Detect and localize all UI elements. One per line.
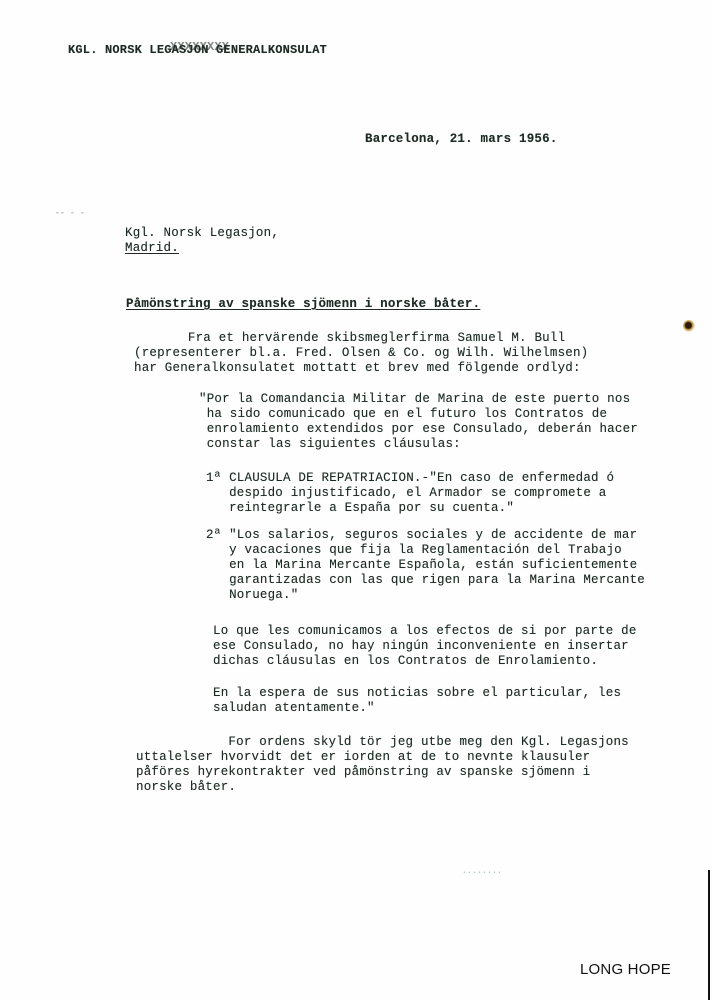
closing-line: ese Consulado, no hay ningún inconvenien…: [213, 639, 629, 653]
scan-edge: [708, 870, 710, 1000]
recipient-block: Kgl. Norsk Legasjon, Madrid.: [125, 226, 279, 256]
clause-line: 1ª CLAUSULA DE REPATRIACION.-"En caso de…: [206, 471, 614, 485]
faint-signature: ........: [462, 864, 502, 879]
quote-line: constar las siguientes cláusulas:: [199, 437, 461, 451]
quote-line: "Por la Comandancia Militar de Marina de…: [199, 392, 630, 406]
closing-line: saludan atentamente.": [213, 701, 375, 715]
clause-line: garantizadas con las que rigen para la M…: [206, 573, 645, 587]
closing-line: dichas cláusulas en los Contratos de Enr…: [213, 654, 598, 668]
intro-paragraph: Fra et hervärende skibsmeglerfirma Samue…: [134, 331, 588, 376]
clause-line: reintegrarle a España por su cuenta.": [206, 501, 514, 515]
date-line: Barcelona, 21. mars 1956.: [365, 132, 558, 147]
recipient-line-2: Madrid.: [125, 241, 179, 255]
letterhead-overstrike: XXXXXXXX: [170, 40, 229, 55]
clause-1: 1ª CLAUSULA DE REPATRIACION.-"En caso de…: [206, 471, 614, 516]
final-line: uttalelser hvorvidt det er iorden at de …: [136, 750, 590, 764]
quote-line: ha sido comunicado que en el futuro los …: [199, 407, 607, 421]
clause-line: Noruega.": [206, 588, 298, 602]
intro-line: Fra et hervärende skibsmeglerfirma Samue…: [134, 331, 565, 345]
closing-line: En la espera de sus noticias sobre el pa…: [213, 686, 621, 700]
clause-line: en la Marina Mercante Española, están su…: [206, 558, 637, 572]
clause-line: despido injustificado, el Armador se com…: [206, 486, 606, 500]
quote-intro: "Por la Comandancia Militar de Marina de…: [199, 392, 638, 452]
margin-note: -- - -: [55, 206, 85, 221]
ink-stain: [683, 320, 695, 332]
watermark: LONG HOPE: [580, 961, 671, 978]
intro-line: har Generalkonsulatet mottatt et brev me…: [134, 361, 581, 375]
final-line: norske båter.: [136, 780, 236, 794]
final-paragraph: For ordens skyld tör jeg utbe meg den Kg…: [136, 735, 629, 795]
recipient-line-1: Kgl. Norsk Legasjon,: [125, 226, 279, 240]
quote-line: enrolamiento extendidos por ese Consulad…: [199, 422, 638, 436]
document-page: KGL. NORSK LEGASJON GENERALKONSULAT XXXX…: [0, 0, 712, 1000]
final-line: For ordens skyld tör jeg utbe meg den Kg…: [136, 735, 629, 749]
closing-paragraph-1: Lo que les comunicamos a los efectos de …: [213, 624, 637, 669]
final-line: påföres hyrekontrakter ved påmönstring a…: [136, 765, 590, 779]
clause-2: 2ª "Los salarios, seguros sociales y de …: [206, 528, 645, 603]
intro-line: (representerer bl.a. Fred. Olsen & Co. o…: [134, 346, 588, 360]
subject-line: Påmönstring av spanske sjömenn i norske …: [126, 297, 480, 312]
closing-line: Lo que les comunicamos a los efectos de …: [213, 624, 637, 638]
clause-line: y vacaciones que fija la Reglamentación …: [206, 543, 622, 557]
closing-paragraph-2: En la espera de sus noticias sobre el pa…: [213, 686, 621, 716]
clause-line: 2ª "Los salarios, seguros sociales y de …: [206, 528, 637, 542]
